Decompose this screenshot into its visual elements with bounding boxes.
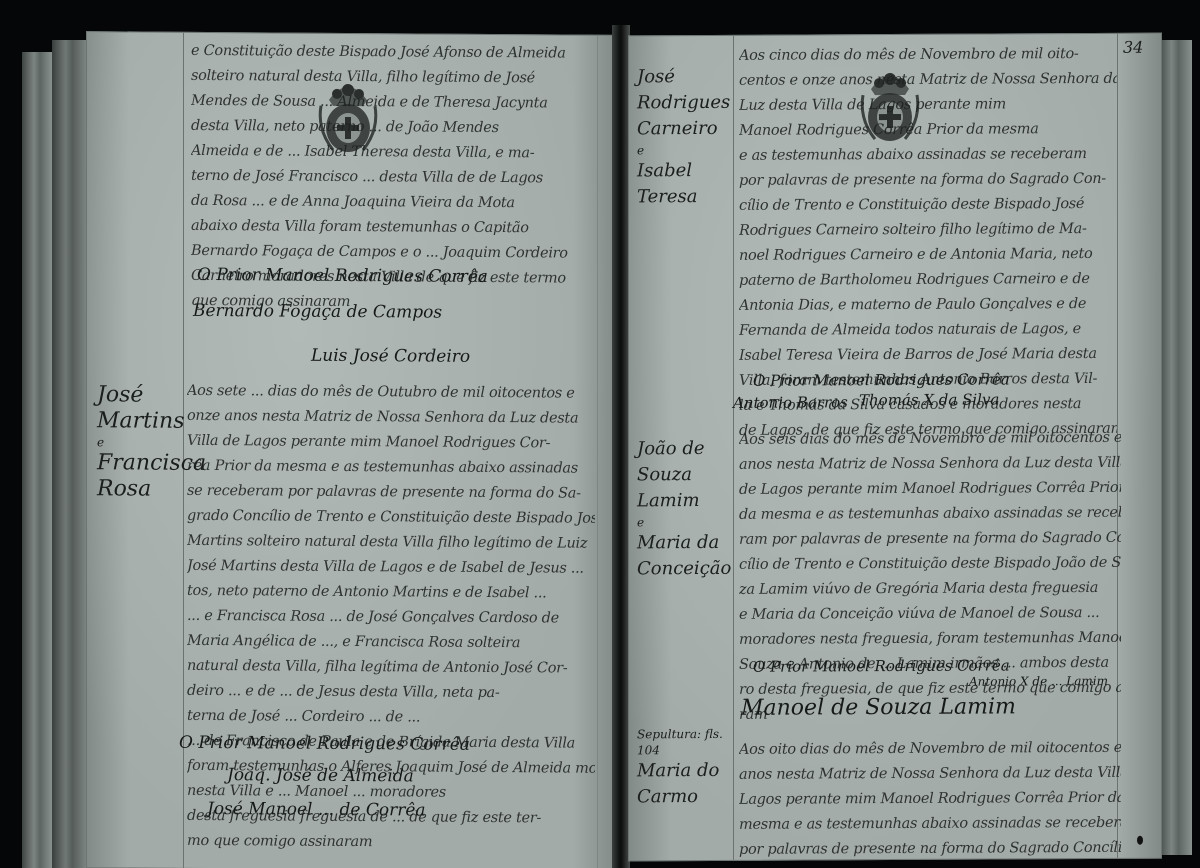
text-line: Antonia Dias, e materno de Paulo Gonçalv… — [739, 292, 1117, 319]
marginal-note-name: João de Souza Lamim — [637, 438, 705, 511]
text-line: anos nesta Matriz de Nossa Senhora da Lu… — [739, 451, 1121, 478]
text-line: moradores nesta freguesia, foram testemu… — [739, 626, 1121, 653]
signature-witness-1: Joaq. José de Almeida — [227, 765, 414, 786]
text-line: Lagos perante mim Manoel Rodrigues Corrê… — [739, 786, 1121, 813]
text-line: e Maria da Conceição viúva de Manoel de … — [739, 601, 1121, 628]
right-page: 34 José Rodrigues Carneiro e Isabel Tere… — [628, 33, 1162, 862]
right-entry-3-text: Aos oito dias do mês de Novembro de mil … — [739, 736, 1121, 863]
marginal-note-conjunction: e — [637, 142, 731, 158]
text-line: cílio de Trento e Constituição deste Bis… — [739, 551, 1121, 578]
marginal-note-second-name: Maria do Carmo — [637, 760, 719, 807]
marginal-note-groom-bride: João de Souza Lamim e Maria da Conceição — [637, 436, 731, 582]
text-line: Luz desta Villa de Lagos perante mim — [739, 92, 1117, 119]
left-page-right-rule — [597, 36, 598, 868]
text-line: paterno de Bartholomeu Rodrigues Carneir… — [739, 267, 1117, 294]
text-line: José Martins desta Villa de Lagos e de I… — [187, 554, 595, 582]
text-line: natural desta Villa, filha legítima de A… — [187, 654, 595, 682]
text-line: Villa de Lagos perante mim Manoel Rodrig… — [187, 429, 595, 457]
ink-blot — [1137, 836, 1143, 845]
text-line: grado Concílio de Trento e Constituição … — [187, 504, 595, 532]
text-line: de Lagos perante mim Manoel Rodrigues Co… — [739, 476, 1121, 503]
text-line: Bernardo Fogaça de Campos e o ... Joaqui… — [191, 239, 591, 267]
text-line: Fernanda de Almeida todos naturais de La… — [739, 317, 1117, 344]
text-line: da mesma e as testemunhas abaixo assinad… — [739, 501, 1121, 528]
text-line: Almeida e de ... Isabel Theresa desta Vi… — [191, 139, 591, 167]
text-line: cílio de Trento e Constituição deste Bis… — [739, 192, 1117, 219]
marginal-note-second-name: Isabel Teresa — [637, 160, 698, 207]
marginal-note-burial-ref: Sepultura: fls. 104 — [637, 726, 731, 758]
text-line: centos e onze anos nesta Matriz de Nossa… — [739, 67, 1117, 94]
signature-witness-1: Bernardo Fogaça de Campos — [193, 301, 442, 323]
marginal-note-second-name: Maria da Conceição — [637, 532, 731, 579]
signature-witness-2: Luis José Cordeiro — [311, 346, 470, 367]
signature-prior: O Prior Manoel Rodrigues Corrêa — [753, 370, 1010, 389]
text-line: Martins solteiro natural desta Villa fil… — [187, 529, 595, 557]
text-line: Aos seis dias do mês de Novembro de mil … — [739, 426, 1121, 453]
text-line: deiro ... e de ... de Jesus desta Villa,… — [187, 679, 595, 707]
text-line: por palavras de presente na forma do Sag… — [739, 836, 1121, 863]
text-line: se receberam por palavras de presente na… — [187, 479, 595, 507]
signature-groom: Manoel de Souza Lamim — [741, 694, 1016, 720]
marginal-note-name: José Rodrigues Carneiro — [637, 66, 730, 139]
text-line: por palavras de presente na forma do Sag… — [739, 167, 1117, 194]
text-line: ... e Francisca Rosa ... de José Gonçalv… — [187, 604, 595, 632]
text-line: Manoel Rodrigues Corrêa Prior da mesma — [739, 117, 1117, 144]
text-line: e Constituição deste Bispado José Afonso… — [191, 39, 591, 67]
left-page-stack-edge-inner — [52, 40, 86, 868]
marginal-note-conjunction: e — [637, 514, 731, 530]
signature-prior: O Prior Manoel Rodrigues Corrêa — [197, 265, 488, 287]
marginal-note-conjunction: e — [97, 434, 179, 451]
marginal-note-name: José Martins — [97, 382, 185, 434]
text-line: terna de José ... Cordeiro ... de ... — [187, 704, 595, 732]
text-line: Aos cinco dias do mês de Novembro de mil… — [739, 42, 1117, 69]
text-line: abaixo desta Villa foram testemunhas o C… — [191, 214, 591, 242]
signature-witness-2: José Manoel ... de Corrêa — [207, 799, 426, 821]
text-line: noel Rodrigues Carneiro e de Antonia Mar… — [739, 242, 1117, 269]
text-line: Maria Angélica de ..., e Francisca Rosa … — [187, 629, 595, 657]
right-page-margin-rule — [733, 36, 734, 860]
text-line: Rodrigues Carneiro solteiro filho legíti… — [739, 217, 1117, 244]
text-line: mo que comigo assinaram — [187, 829, 595, 857]
signature-witness-2: Thomás X da Silva — [859, 390, 999, 409]
right-page-stack-edge — [1158, 40, 1192, 855]
left-page-stack-edge — [22, 52, 52, 868]
text-line: e as testemunhas abaixo assinadas se rec… — [739, 142, 1117, 169]
folio-number: 34 — [1123, 38, 1143, 57]
text-line: Aos oito dias do mês de Novembro de mil … — [739, 736, 1121, 763]
text-line: anos nesta Matriz de Nossa Senhora da Lu… — [739, 761, 1121, 788]
signature-prior: O Prior Manoel Rodrigues Corrêa — [179, 733, 470, 755]
signature-prior: O Prior Manoel Rodrigues Corrêa — [753, 656, 1010, 675]
marginal-note-groom-bride: José Martins e Francisca Rosa — [97, 382, 179, 503]
text-line: terno de José Francisco ... desta Villa … — [191, 164, 591, 192]
text-line: solteiro natural desta Villa, filho legí… — [191, 64, 591, 92]
marginal-note-burial: Sepultura: fls. 104 Maria do Carmo — [637, 726, 731, 810]
signature-witness-1: Antonio Barros — [733, 393, 848, 412]
text-line: Aos sete ... dias do mês de Outubro de m… — [187, 379, 595, 407]
left-page: José Martins e Francisca Rosa e Constitu… — [86, 31, 616, 868]
text-line: mesma e as testemunhas abaixo assinadas … — [739, 811, 1121, 838]
text-line: onze anos nesta Matriz de Nossa Senhora … — [187, 404, 595, 432]
text-line: za Lamim viúvo de Gregória Maria desta f… — [739, 576, 1121, 603]
text-line: tos, neto paterno de Antonio Martins e d… — [187, 579, 595, 607]
signature-witness-1: Antonio X de ... Lamim — [969, 674, 1108, 689]
text-line: rêa Prior da mesma e as testemunhas abai… — [187, 454, 595, 482]
marginal-note-groom-bride: José Rodrigues Carneiro e Isabel Teresa — [637, 64, 731, 210]
text-line: Mendes de Sousa ... Almeida e de Theresa… — [191, 89, 591, 117]
text-line: da Rosa ... e de Anna Joaquina Vieira da… — [191, 189, 591, 217]
text-line: ram por palavras de presente na forma do… — [739, 526, 1121, 553]
open-register-book: José Martins e Francisca Rosa e Constitu… — [0, 0, 1200, 868]
text-line: Isabel Teresa Vieira de Barros de José M… — [739, 342, 1117, 369]
text-line: desta Villa, neto paterno ... de João Me… — [191, 114, 591, 142]
